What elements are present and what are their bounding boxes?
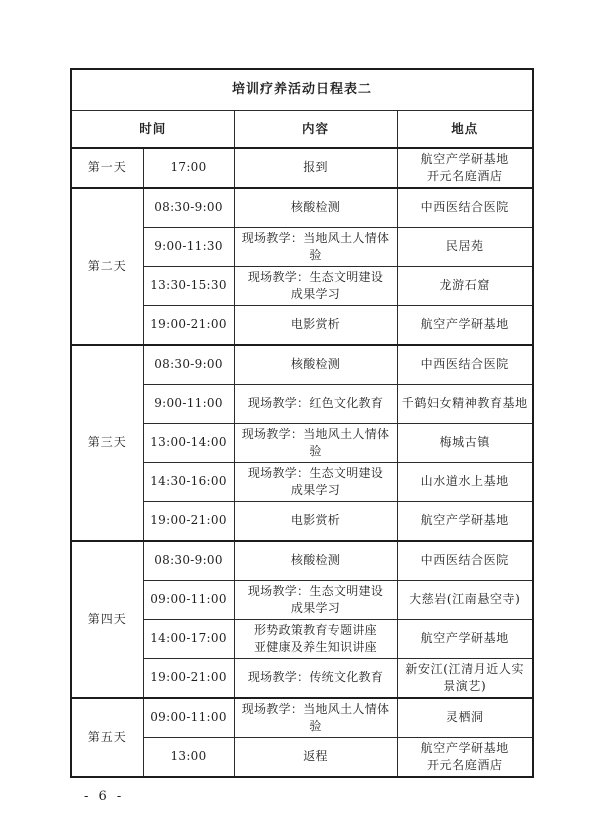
location-cell: 灵栖洞 <box>397 698 533 738</box>
time-cell: 9:00-11:00 <box>143 385 234 424</box>
table-title: 培训疗养活动日程表二 <box>71 69 533 111</box>
location-cell: 中西医结合医院 <box>397 188 533 228</box>
time-cell: 19:00-21:00 <box>143 502 234 542</box>
content-cell: 形势政策教育专题讲座 亚健康及养生知识讲座 <box>234 620 397 659</box>
content-cell: 现场教学：当地风土人情体验 <box>234 228 397 267</box>
day-label: 第三天 <box>71 345 143 541</box>
content-cell: 核酸检测 <box>234 188 397 228</box>
time-cell: 14:00-17:00 <box>143 620 234 659</box>
schedule-table: 培训疗养活动日程表二 时间 内容 地点 第一天17:00报到航空产学研基地 开元… <box>70 68 534 778</box>
time-cell: 08:30-9:00 <box>143 188 234 228</box>
time-cell: 19:00-21:00 <box>143 306 234 346</box>
location-cell: 千鹤妇女精神教育基地 <box>397 385 533 424</box>
content-cell: 现场教学：红色文化教育 <box>234 385 397 424</box>
time-cell: 09:00-11:00 <box>143 581 234 620</box>
time-cell: 09:00-11:00 <box>143 698 234 738</box>
column-header-location: 地点 <box>397 111 533 149</box>
location-cell: 梅城古镇 <box>397 424 533 463</box>
time-cell: 19:00-21:00 <box>143 659 234 699</box>
page-number: - 6 - <box>84 789 124 804</box>
time-cell: 08:30-9:00 <box>143 541 234 581</box>
location-cell: 航空产学研基地 <box>397 306 533 346</box>
location-cell: 大慈岩(江南悬空寺) <box>397 581 533 620</box>
day-label: 第二天 <box>71 188 143 345</box>
content-cell: 现场教学：传统文化教育 <box>234 659 397 699</box>
time-cell: 13:30-15:30 <box>143 267 234 306</box>
content-cell: 现场教学：当地风土人情体验 <box>234 424 397 463</box>
time-cell: 08:30-9:00 <box>143 345 234 385</box>
time-cell: 9:00-11:30 <box>143 228 234 267</box>
content-cell: 现场教学：生态文明建设 成果学习 <box>234 267 397 306</box>
day-label: 第五天 <box>71 698 143 777</box>
time-cell: 13:00-14:00 <box>143 424 234 463</box>
location-cell: 航空产学研基地 开元名庭酒店 <box>397 148 533 188</box>
location-cell: 航空产学研基地 <box>397 620 533 659</box>
content-cell: 电影赏析 <box>234 306 397 346</box>
content-cell: 现场教学：生态文明建设 成果学习 <box>234 581 397 620</box>
content-cell: 返程 <box>234 738 397 778</box>
location-cell: 龙游石窟 <box>397 267 533 306</box>
time-cell: 13:00 <box>143 738 234 778</box>
location-cell: 民居苑 <box>397 228 533 267</box>
content-cell: 现场教学：生态文明建设 成果学习 <box>234 463 397 502</box>
location-cell: 航空产学研基地 <box>397 502 533 542</box>
content-cell: 报到 <box>234 148 397 188</box>
location-cell: 中西医结合医院 <box>397 345 533 385</box>
content-cell: 核酸检测 <box>234 541 397 581</box>
content-cell: 电影赏析 <box>234 502 397 542</box>
location-cell: 山水道水上基地 <box>397 463 533 502</box>
location-cell: 航空产学研基地 开元名庭酒店 <box>397 738 533 778</box>
time-cell: 17:00 <box>143 148 234 188</box>
location-cell: 中西医结合医院 <box>397 541 533 581</box>
column-header-content: 内容 <box>234 111 397 149</box>
column-header-time: 时间 <box>71 111 234 149</box>
document-page: 培训疗养活动日程表二 时间 内容 地点 第一天17:00报到航空产学研基地 开元… <box>0 0 594 837</box>
day-label: 第四天 <box>71 541 143 698</box>
time-cell: 14:30-16:00 <box>143 463 234 502</box>
location-cell: 新安江(江清月近人实景演艺) <box>397 659 533 699</box>
content-cell: 核酸检测 <box>234 345 397 385</box>
day-label: 第一天 <box>71 148 143 188</box>
content-cell: 现场教学：当地风土人情体验 <box>234 698 397 738</box>
